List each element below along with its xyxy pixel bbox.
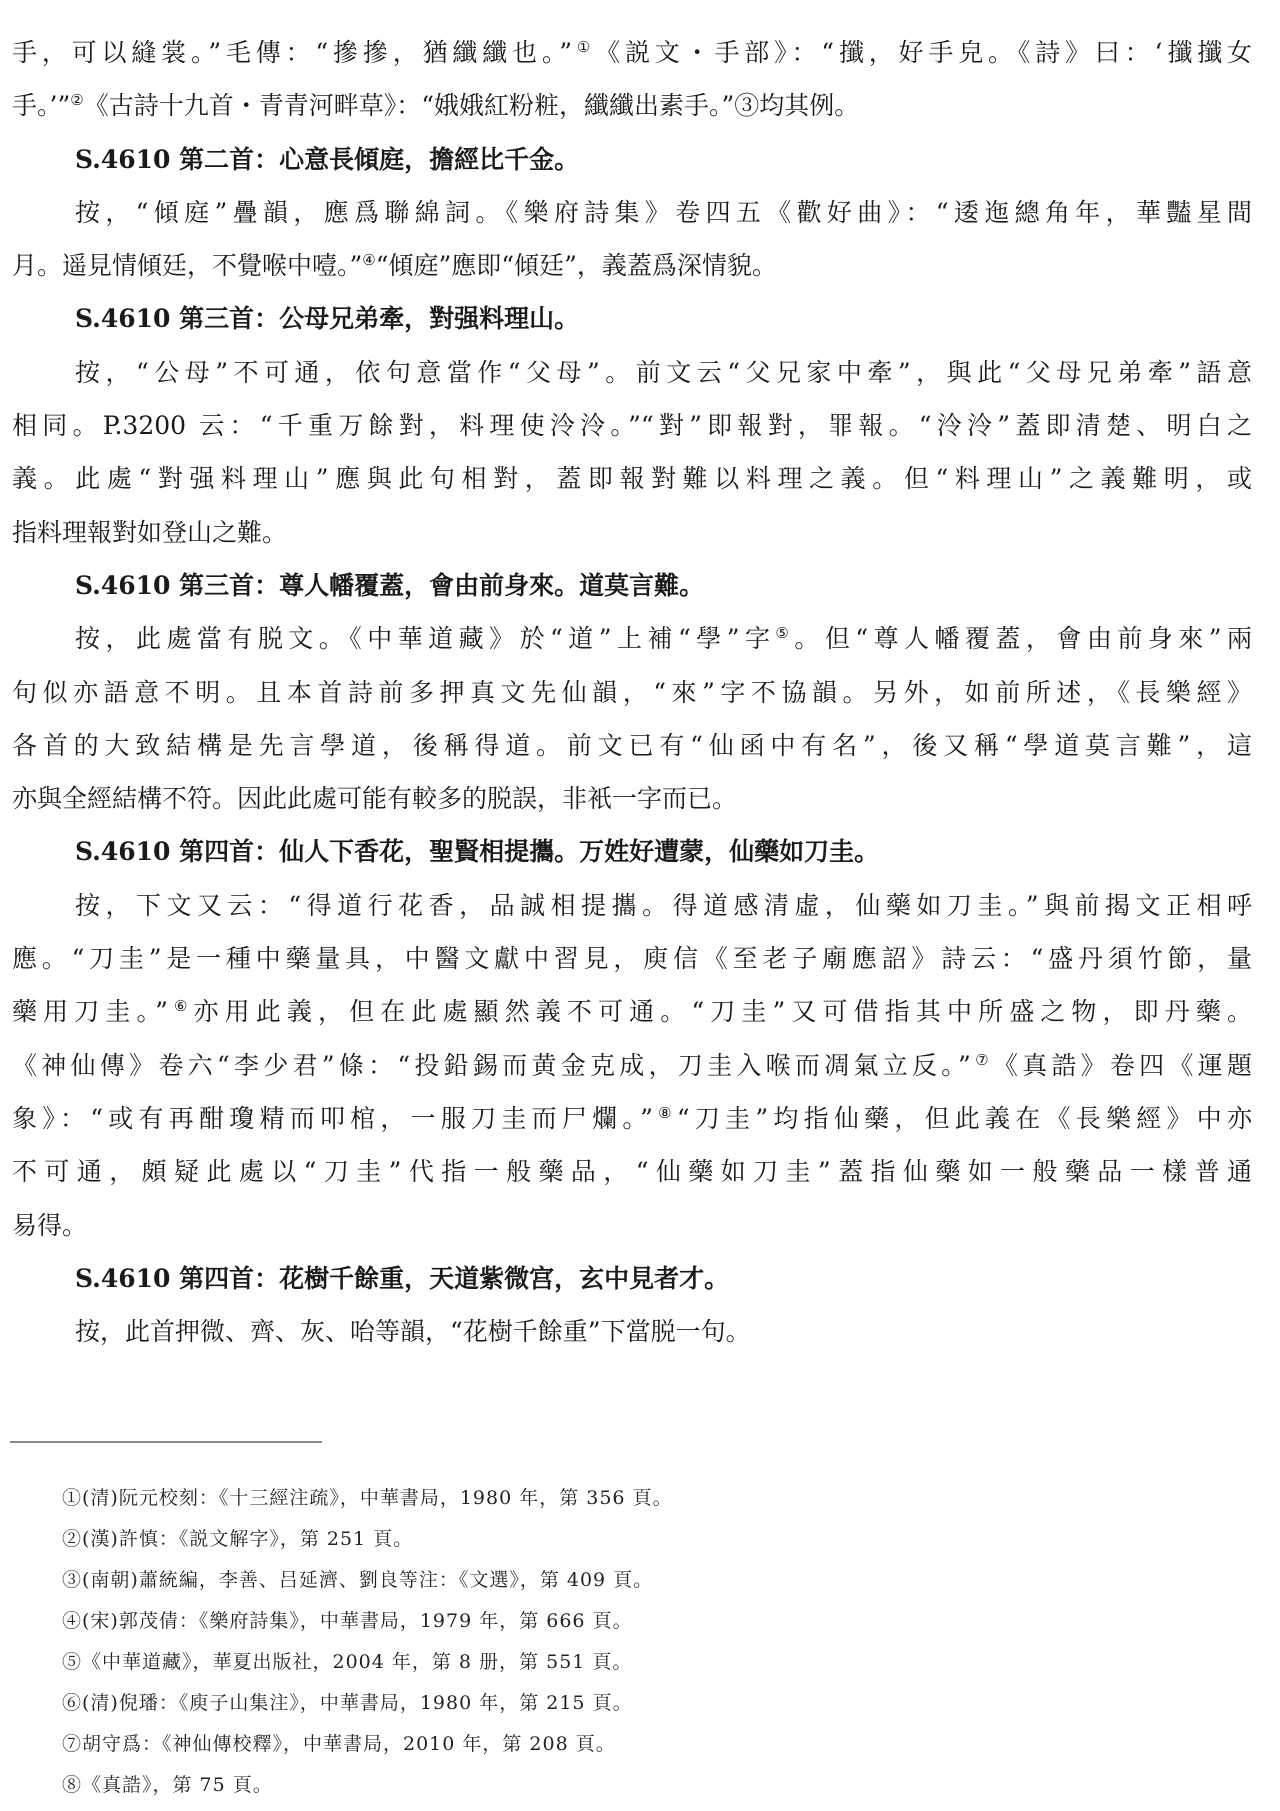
line-text: 相同。P.3200 云：“千重万餘對，料理使泠泠。”“對”即報對，罪報。“泠泠”…: [12, 411, 1252, 440]
line-text: 按，“傾庭”疊韻，應爲聯綿詞。《樂府詩集》卷四五《歡好曲》：“逶迤總角年，華豔星…: [75, 198, 1252, 227]
body-text-line: 各首的大致結構是先言學道，後稱得道。前文已有“仙函中有名”，後又稱“學道莫言難”…: [12, 719, 1252, 772]
footnote-separator: [10, 1441, 322, 1443]
line-text: 亦與全經結構不符。因此此處可能有較多的脱誤，非衹一字而已。: [12, 784, 737, 813]
body-text-line: 易得。: [12, 1199, 1252, 1252]
line-text: 按，“公母”不可通，依句意當作“父母”。前文云“父兄家中牽”，與此“父母兄弟牽”…: [75, 358, 1252, 387]
body-text-line: 相同。P.3200 云：“千重万餘對，料理使泠泠。”“對”即報對，罪報。“泠泠”…: [12, 399, 1252, 452]
footnote-marker[interactable]: ⑧: [653, 1104, 677, 1122]
body-text-line: 按，“傾庭”疊韻，應爲聯綿詞。《樂府詩集》卷四五《歡好曲》：“逶迤總角年，華豔星…: [12, 186, 1252, 239]
footnote-marker[interactable]: ⑤: [775, 624, 794, 642]
line-text-continued: 。但“尊人幡覆蓋，會由前身來”兩: [794, 624, 1252, 653]
body-text-line: 手，可以縫裳。”毛傳：“摻摻，猶纖纖也。”①《説文・手部》：“攕，好手皃。《詩》…: [12, 26, 1252, 79]
body-text-line: 不可通，頗疑此處以“刀圭”代指一般藥品，“仙藥如刀圭”蓋指仙藥如一般藥品一樣普通: [12, 1145, 1252, 1198]
body-text-line: 應。“刀圭”是一種中藥量具，中醫文獻中習見，庾信《至老子廟應詔》詩云：“盛丹須竹…: [12, 932, 1252, 985]
footnote-item: ④(宋)郭茂倩：《樂府詩集》，中華書局，1979 年，第 666 頁。: [62, 1601, 962, 1642]
line-text-continued: 亦用此義，但在此處顯然義不可通。“刀圭”又可借指其中所盛之物，即丹藥。: [194, 997, 1252, 1026]
footnote-item: ②(漢)許慎：《説文解字》，第 251 頁。: [62, 1519, 962, 1560]
line-text: 手，可以縫裳。”毛傳：“摻摻，猶纖纖也。”: [12, 38, 572, 67]
body-text-line: 藥用刀圭。”⑥亦用此義，但在此處顯然義不可通。“刀圭”又可借指其中所盛之物，即丹…: [12, 985, 1252, 1038]
line-text: 易得。: [12, 1211, 87, 1240]
body-text-line: 月。遥見情傾廷，不覺喉中噎。”④“傾庭”應即“傾廷”，義蓋爲深情貌。: [12, 239, 1252, 292]
footnote-marker[interactable]: ⑥: [168, 997, 194, 1015]
body-text-line: 《神仙傳》卷六“李少君”條：“投鉛錫而黄金克成，刀圭入喉而凋氣立反。”⑦《真誥》…: [12, 1039, 1252, 1092]
main-text: 手，可以縫裳。”毛傳：“摻摻，猶纖纖也。”①《説文・手部》：“攕，好手皃。《詩》…: [12, 26, 1252, 1358]
line-text: 按，此處當有脱文。《中華道藏》於“道”上補“學”字: [75, 624, 775, 653]
line-text-continued: 《説文・手部》：“攕，好手皃。《詩》曰：‘攕攕女: [595, 38, 1252, 67]
footnote-marker[interactable]: ④: [362, 251, 375, 269]
line-text: 藥用刀圭。”: [12, 997, 168, 1026]
body-text-line: 按，“公母”不可通，依句意當作“父母”。前文云“父兄家中牽”，與此“父母兄弟牽”…: [12, 346, 1252, 399]
line-text: 手。’”: [12, 91, 70, 120]
footnote-item: ⑦胡守爲：《神仙傳校釋》，中華書局，2010 年，第 208 頁。: [62, 1724, 962, 1765]
body-text-line: 按，下文又云：“得道行花香，品誠相提攜。得道感清虛，仙藥如刀圭。”與前揭文正相呼: [12, 879, 1252, 932]
body-text-line: 指料理報對如登山之難。: [12, 506, 1252, 559]
footnote-item: ⑧《真誥》，第 75 頁。: [62, 1765, 962, 1806]
line-text: 句似亦語意不明。且本首詩前多押真文先仙韻，“來”字不協韻。另外，如前所述，《長樂…: [12, 678, 1252, 707]
body-text-line: 象》：“或有再酣瓊精而叩棺，一服刀圭而尸爛。”⑧“刀圭”均指仙藥，但此義在《長樂…: [12, 1092, 1252, 1145]
footnote-marker[interactable]: ②: [70, 91, 83, 109]
footnote-item: ③(南朝)蕭統編，李善、吕延濟、劉良等注：《文選》，第 409 頁。: [62, 1560, 962, 1601]
line-text-continued: “刀圭”均指仙藥，但此義在《長樂經》中亦: [677, 1104, 1252, 1133]
body-text-line: 按，此處當有脱文。《中華道藏》於“道”上補“學”字⑤。但“尊人幡覆蓋，會由前身來…: [12, 612, 1252, 665]
line-text: S.4610 第四首：仙人下香花，聖賢相提攜。万姓好遭蒙，仙藥如刀圭。: [75, 837, 879, 866]
section-heading-line: S.4610 第四首：花樹千餘重，天道紫微宫，玄中見者才。: [12, 1252, 1252, 1305]
line-text: S.4610 第三首：公母兄弟牽，對强料理山。: [75, 304, 579, 333]
line-text: 義。此處“對强料理山”應與此句相對，蓋即報對難以料理之義。但“料理山”之義難明，…: [12, 464, 1252, 493]
line-text: 不可通，頗疑此處以“刀圭”代指一般藥品，“仙藥如刀圭”蓋指仙藥如一般藥品一樣普通: [12, 1157, 1252, 1186]
footnote-item: ⑥(清)倪璠：《庾子山集注》，中華書局，1980 年，第 215 頁。: [62, 1683, 962, 1724]
section-heading-line: S.4610 第二首：心意長傾庭，擔經比千金。: [12, 133, 1252, 186]
body-text-line: 按，此首押微、齊、灰、咍等韻，“花樹千餘重”下當脱一句。: [12, 1305, 1252, 1358]
line-text: S.4610 第三首：尊人幡覆蓋，會由前身來。道莫言難。: [75, 571, 704, 600]
line-text-continued: “傾庭”應即“傾廷”，義蓋爲深情貌。: [376, 251, 777, 280]
section-heading-line: S.4610 第三首：尊人幡覆蓋，會由前身來。道莫言難。: [12, 559, 1252, 612]
line-text: S.4610 第二首：心意長傾庭，擔經比千金。: [75, 145, 579, 174]
footnote-item: ①(清)阮元校刻：《十三經注疏》，中華書局，1980 年，第 356 頁。: [62, 1478, 962, 1519]
footnote-marker[interactable]: ⑦: [971, 1051, 993, 1069]
line-text-continued: 《古詩十九首・青青河畔草》：“娥娥紅粉粧，纖纖出素手。”③均其例。: [84, 91, 860, 120]
line-text: S.4610 第四首：花樹千餘重，天道紫微宫，玄中見者才。: [75, 1264, 729, 1293]
section-heading-line: S.4610 第三首：公母兄弟牽，對强料理山。: [12, 292, 1252, 345]
body-text-line: 手。’”②《古詩十九首・青青河畔草》：“娥娥紅粉粧，纖纖出素手。”③均其例。: [12, 79, 1252, 132]
line-text: 月。遥見情傾廷，不覺喉中噎。”: [12, 251, 362, 280]
line-text: 象》：“或有再酣瓊精而叩棺，一服刀圭而尸爛。”: [12, 1104, 653, 1133]
line-text: 應。“刀圭”是一種中藥量具，中醫文獻中習見，庾信《至老子廟應詔》詩云：“盛丹須竹…: [12, 944, 1252, 973]
section-heading-line: S.4610 第四首：仙人下香花，聖賢相提攜。万姓好遭蒙，仙藥如刀圭。: [12, 825, 1252, 878]
line-text: 指料理報對如登山之難。: [12, 518, 287, 547]
body-text-line: 亦與全經結構不符。因此此處可能有較多的脱誤，非衹一字而已。: [12, 772, 1252, 825]
line-text: 按，此首押微、齊、灰、咍等韻，“花樹千餘重”下當脱一句。: [75, 1317, 751, 1346]
line-text: 按，下文又云：“得道行花香，品誠相提攜。得道感清虛，仙藥如刀圭。”與前揭文正相呼: [75, 891, 1252, 920]
line-text: 各首的大致結構是先言學道，後稱得道。前文已有“仙函中有名”，後又稱“學道莫言難”…: [12, 731, 1252, 760]
body-text-line: 義。此處“對强料理山”應與此句相對，蓋即報對難以料理之義。但“料理山”之義難明，…: [12, 452, 1252, 505]
line-text: 《神仙傳》卷六“李少君”條：“投鉛錫而黄金克成，刀圭入喉而凋氣立反。”: [12, 1051, 971, 1080]
footnote-marker[interactable]: ①: [572, 38, 595, 56]
line-text-continued: 《真誥》卷四《運題: [993, 1051, 1252, 1080]
footnotes: ①(清)阮元校刻：《十三經注疏》，中華書局，1980 年，第 356 頁。②(漢…: [62, 1478, 962, 1806]
footnote-item: ⑤《中華道藏》，華夏出版社，2004 年，第 8 册，第 551 頁。: [62, 1642, 962, 1683]
body-text-line: 句似亦語意不明。且本首詩前多押真文先仙韻，“來”字不協韻。另外，如前所述，《長樂…: [12, 666, 1252, 719]
